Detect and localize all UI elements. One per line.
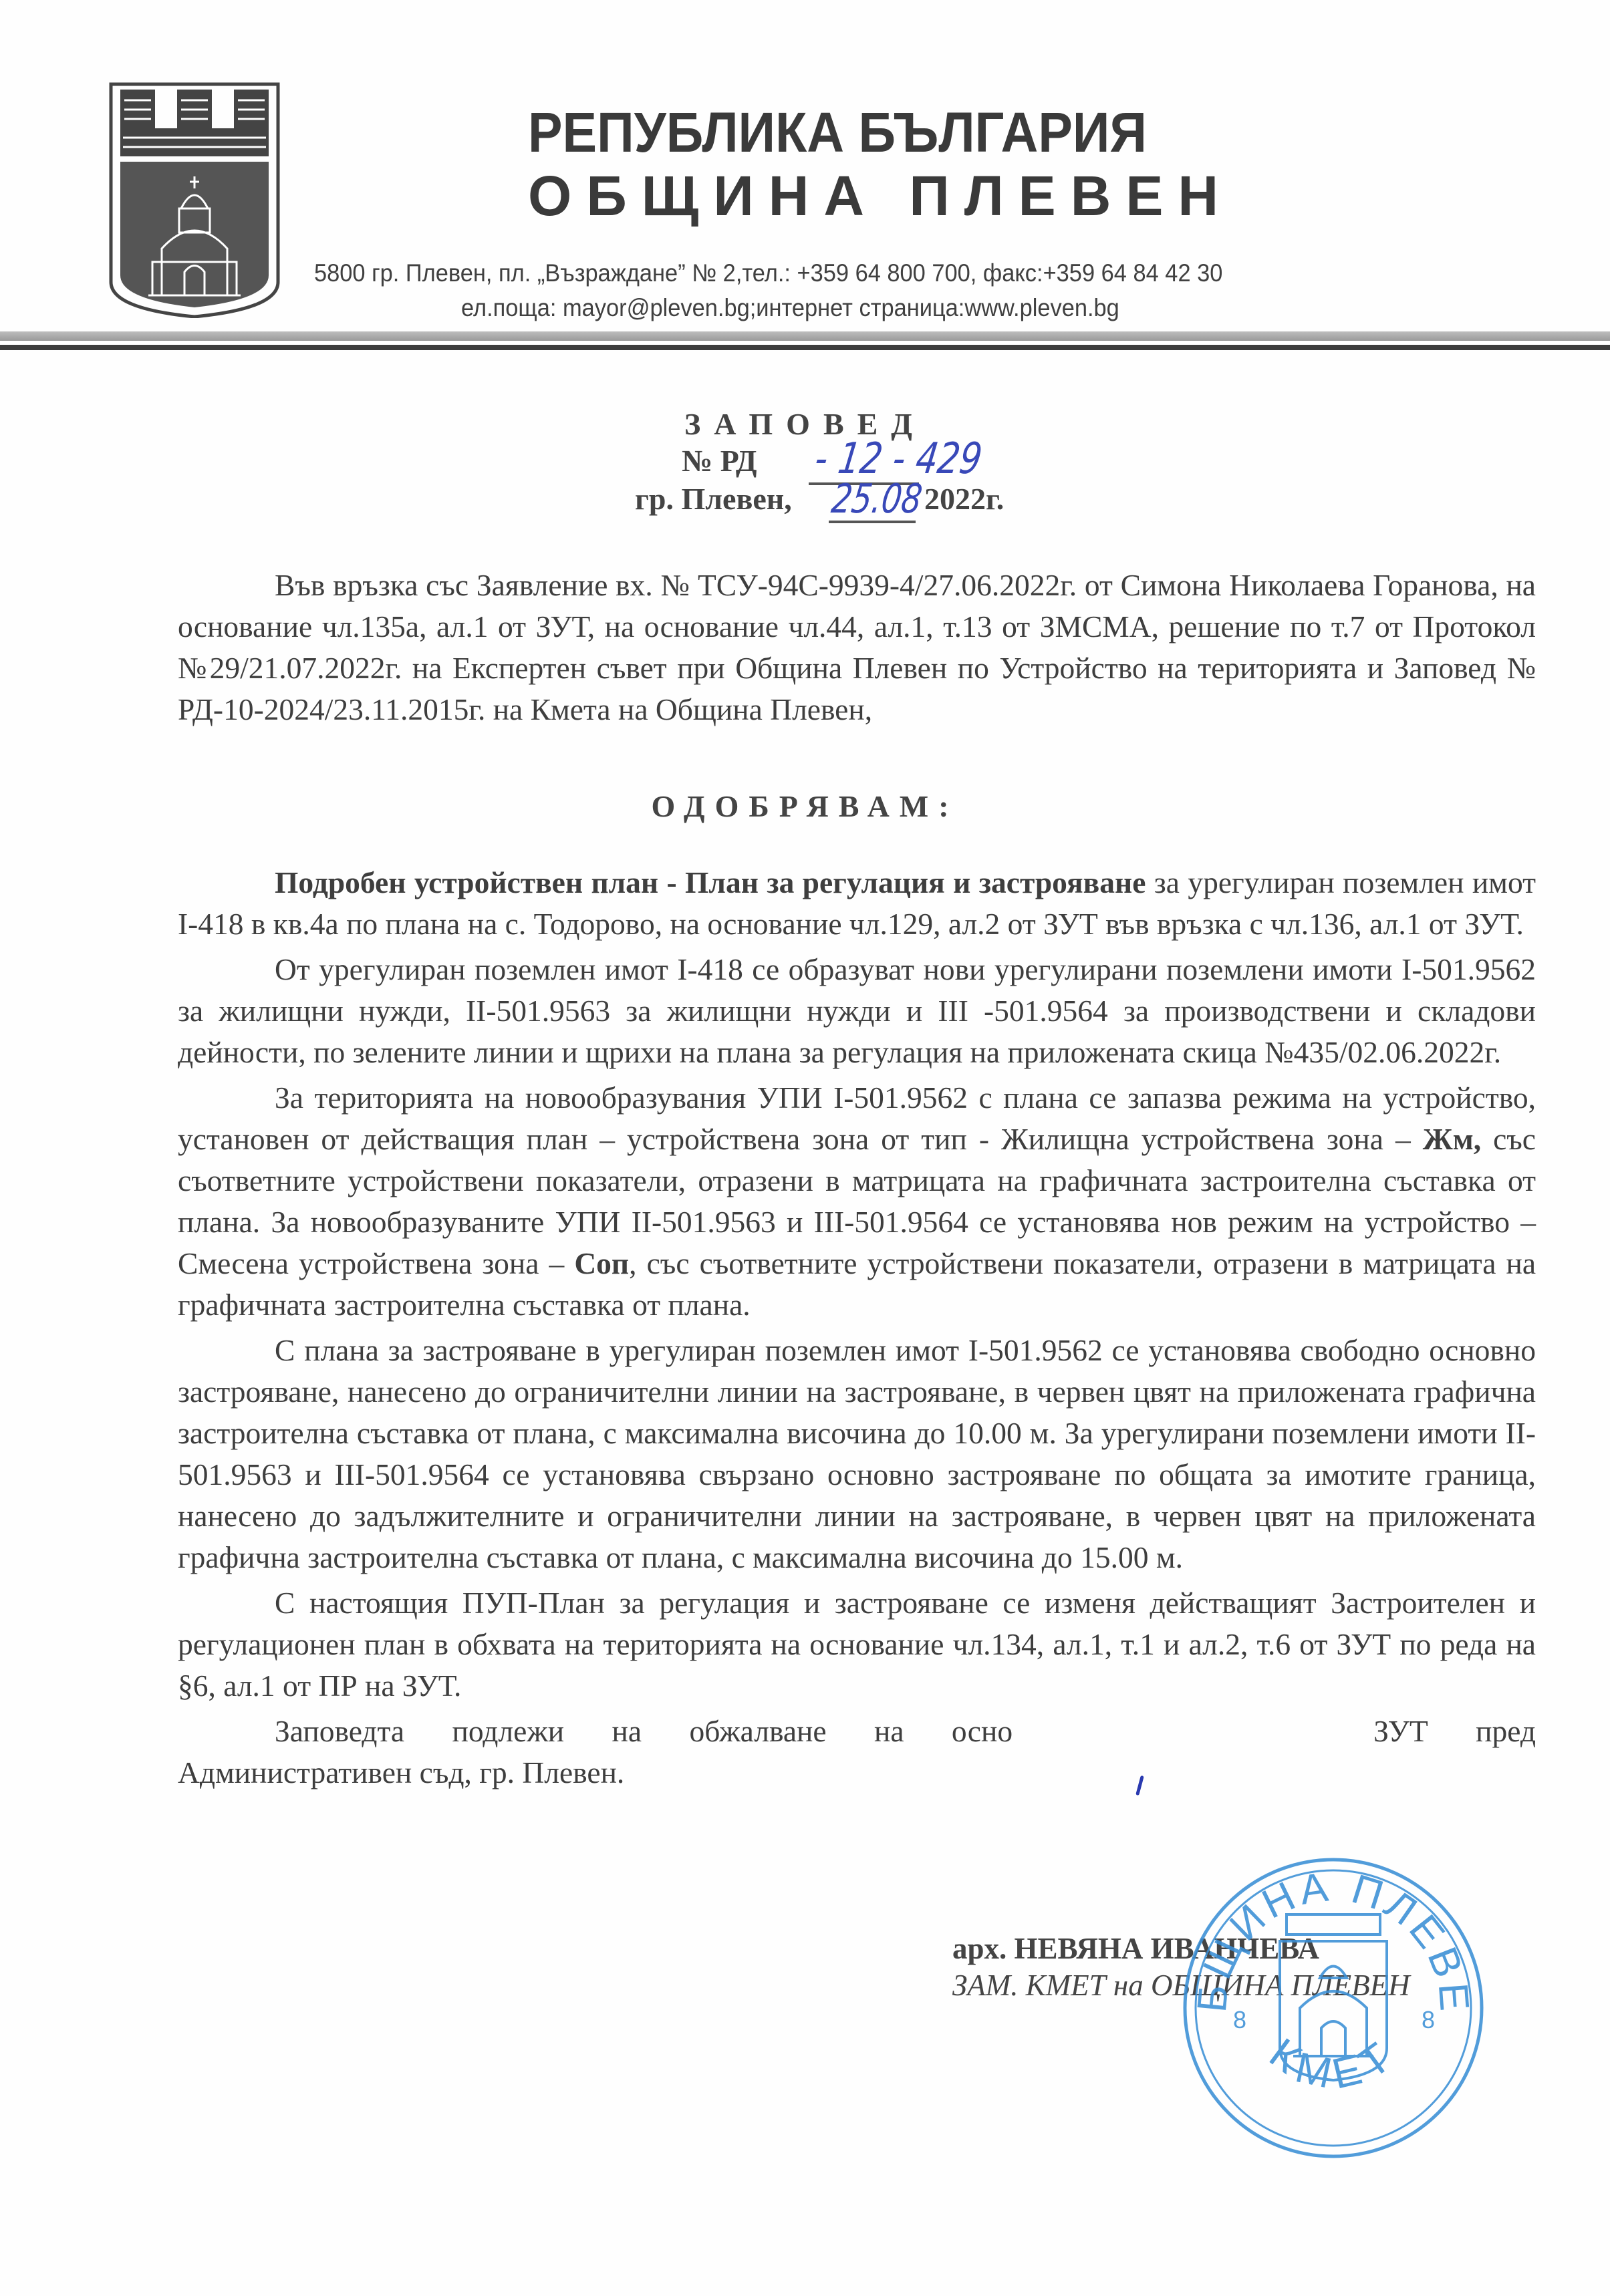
stamp-right-number: 8 — [1422, 2006, 1435, 2033]
order-year: 2022г. — [924, 481, 1004, 517]
zone-code-zhm: Жм, — [1423, 1122, 1481, 1156]
appeal-text-a: Заповедта подлежи на обжалване на осно — [275, 1714, 1013, 1748]
header-divider-dark — [0, 345, 1610, 350]
header-title-municipality: ОБЩИНА ПЛЕВЕН — [528, 164, 1233, 229]
svg-text:КМЕТ: КМЕТ — [1261, 2029, 1405, 2099]
approve-heading: ОДОБРЯВАМ: — [0, 788, 1610, 824]
intro-paragraph: Във връзка със Заявление вх. № ТСУ-94С-9… — [178, 565, 1536, 730]
zoning-text-a: За територията на новообразувания УПИ I-… — [178, 1081, 1536, 1156]
paragraph-new-plots: От урегулиран поземлен имот I-418 се обр… — [178, 949, 1536, 1073]
stamp-left-number: 8 — [1233, 2006, 1246, 2033]
paragraph-amendment: С настоящия ПУП-План за регулация и заст… — [178, 1582, 1536, 1707]
header-contacts: ел.поща: mayor@pleven.bg;интернет страни… — [461, 294, 1119, 322]
order-date-handwritten: 25.08 — [829, 476, 925, 523]
header-address: 5800 гр. Плевен, пл. „Възраждане” № 2,те… — [314, 259, 1222, 287]
document-page: РЕПУБЛИКА БЪЛГАРИЯ ОБЩИНА ПЛЕВЕН 5800 гр… — [0, 0, 1610, 2296]
plan-title: Подробен устройствен план - План за регу… — [275, 865, 1146, 899]
order-body: Подробен устройствен план - План за регу… — [178, 862, 1536, 1798]
official-stamp-icon: ОБЩИНА ПЛЕВЕН КМЕТ 8 8 — [1180, 1854, 1487, 2162]
header-divider — [0, 331, 1610, 341]
header-title-republic: РЕПУБЛИКА БЪЛГАРИЯ — [528, 100, 1147, 165]
pleven-coat-of-arms-icon — [106, 82, 283, 318]
paragraph-appeal: Заповедта подлежи на обжалване на осноЗУ… — [178, 1711, 1536, 1793]
zone-code-sop: Соп — [574, 1246, 629, 1280]
paragraph-building: С плана за застрояване в урегулиран позе… — [178, 1330, 1536, 1578]
intro-text: Във връзка със Заявление вх. № ТСУ-94С-9… — [178, 565, 1536, 730]
order-city: гр. Плевен, — [635, 481, 792, 517]
stamp-bottom-text: КМЕТ — [1261, 2029, 1405, 2099]
paragraph-zoning: За територията на новообразувания УПИ I-… — [178, 1077, 1536, 1326]
order-title: ЗАПОВЕД — [0, 406, 1610, 442]
order-number-label: № РД — [682, 443, 757, 478]
paragraph-plan: Подробен устройствен план - План за регу… — [178, 862, 1536, 945]
